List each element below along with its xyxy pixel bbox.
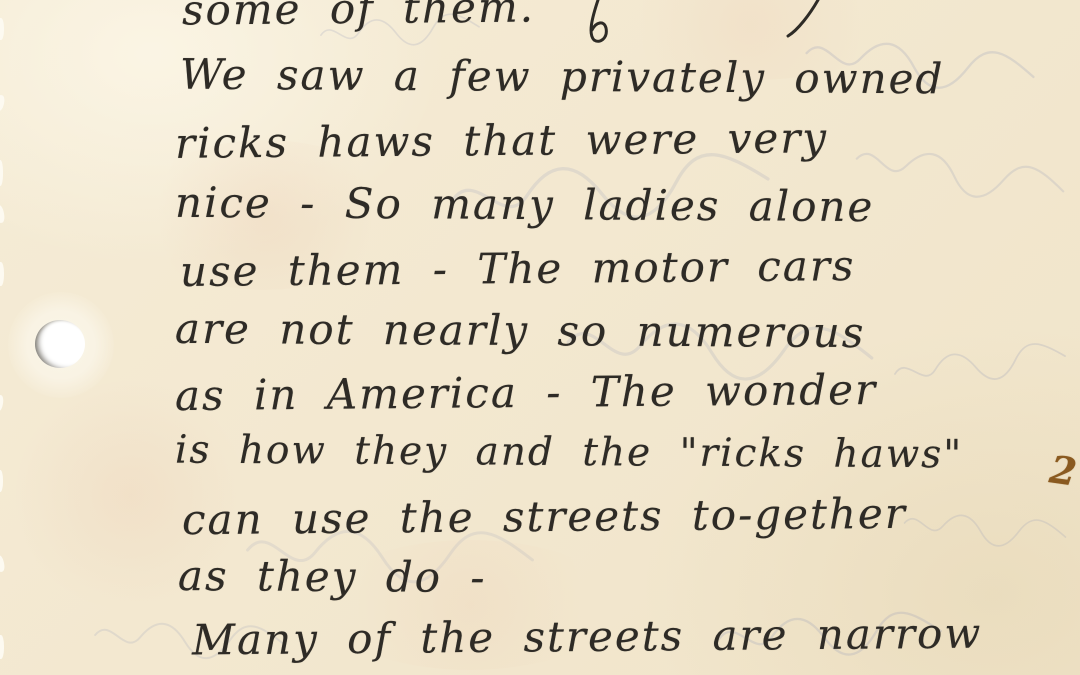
hole-punch xyxy=(35,320,85,368)
torn-edge-nick xyxy=(0,262,4,286)
bleed-through-mark xyxy=(843,103,1077,246)
torn-edge-nick xyxy=(0,94,6,111)
handwritten-line: as in America - The wonder xyxy=(175,365,878,420)
handwritten-line: are not nearly so numerous xyxy=(175,304,866,357)
letter-scan-page: some of them. We saw a few privately own… xyxy=(0,0,1080,675)
handwritten-line: as they do - xyxy=(178,551,487,602)
torn-edge-nick xyxy=(0,395,4,412)
bleed-through-mark xyxy=(886,311,1074,419)
cutoff-stroke xyxy=(780,0,826,40)
torn-edge-nick xyxy=(0,635,4,659)
handwritten-line: We saw a few privately owned xyxy=(180,50,945,104)
handwritten-line: is how they and the "ricks haws" xyxy=(175,428,963,478)
handwritten-line: can use the streets to-gether xyxy=(182,489,907,544)
handwritten-line: nice - So many ladies alone xyxy=(175,178,875,231)
page-number-mark: 2 xyxy=(1047,446,1079,494)
cutoff-stroke xyxy=(578,0,618,46)
torn-edge-nick xyxy=(0,204,6,223)
torn-edge-nick xyxy=(0,554,6,572)
handwritten-line: ricks haws that were very xyxy=(175,113,828,168)
torn-edge-nick xyxy=(0,160,3,186)
torn-edge-nick xyxy=(0,18,4,40)
handwritten-line: Many of the streets are narrow xyxy=(192,609,983,665)
handwritten-line: some of them. xyxy=(182,0,535,35)
handwritten-line: use them - The motor cars xyxy=(180,241,856,296)
torn-edge-nick xyxy=(0,470,3,492)
